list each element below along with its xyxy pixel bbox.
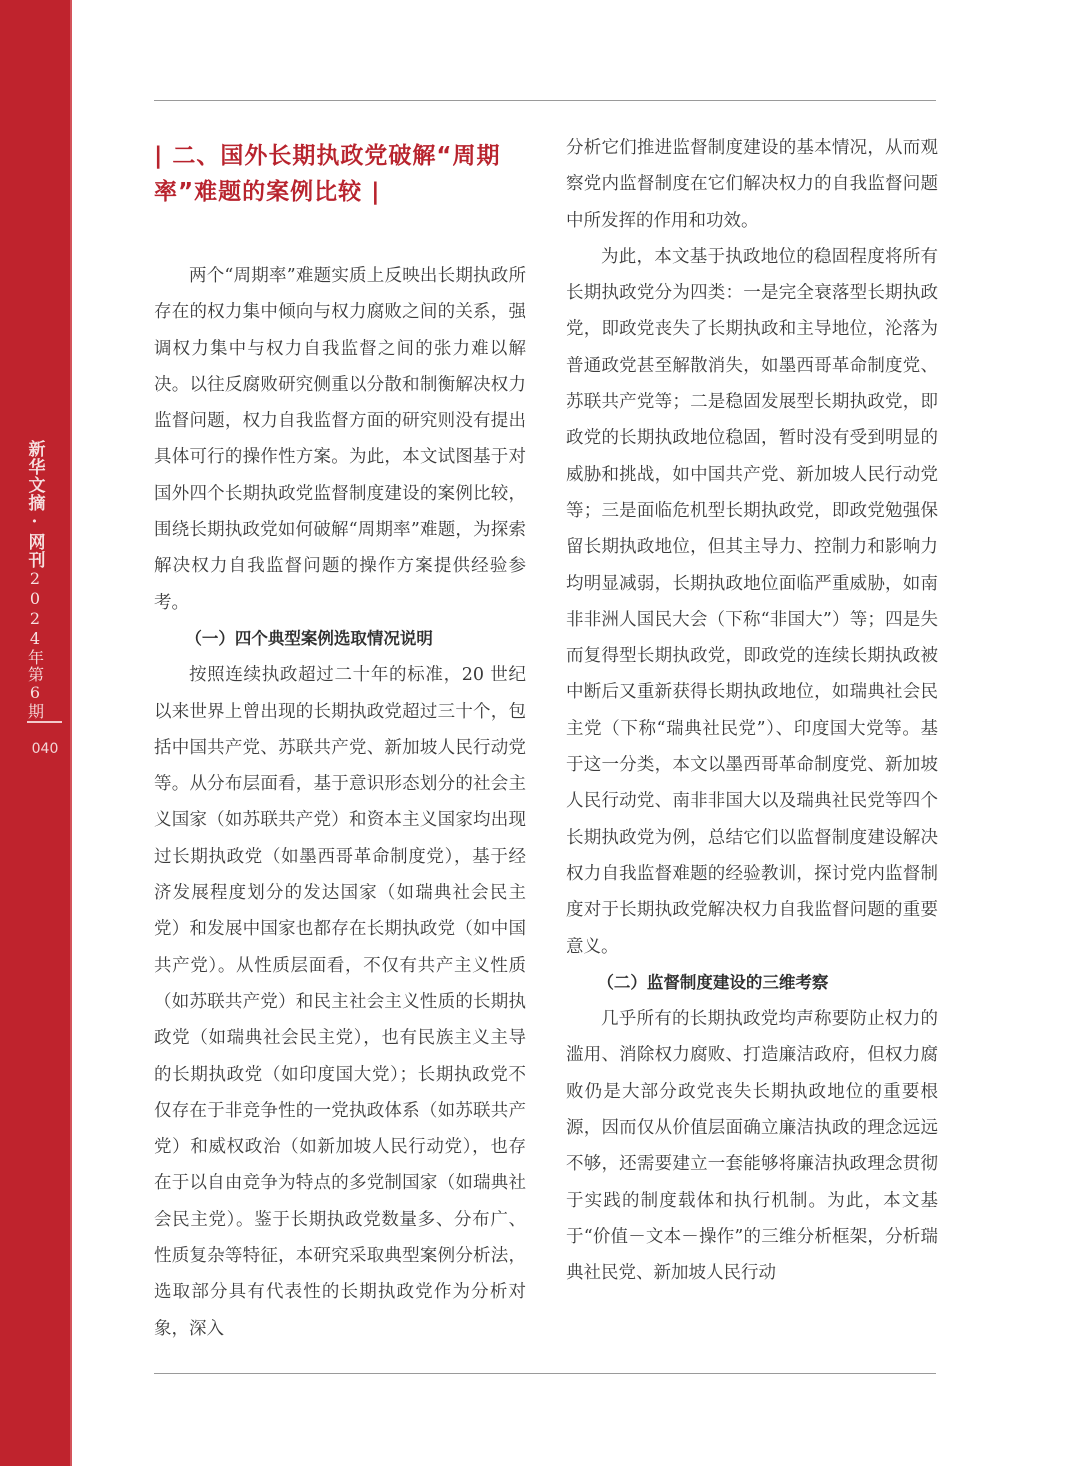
section-title: | 二、国外长期执政党破解“周期率”难题的案例比较 | [154, 138, 526, 210]
page-number: 040 [0, 741, 90, 757]
journal-title: 新华文摘·网刊 [23, 440, 48, 569]
right-column: 分析它们推进监督制度建设的基本情况，从而观察党内监督制度在它们解决权力的自我监督… [566, 130, 938, 1292]
bottom-rule [154, 1373, 936, 1374]
paragraph-continued: 分析它们推进监督制度建设的基本情况，从而观察党内监督制度在它们解决权力的自我监督… [566, 130, 938, 239]
journal-issue: 2024年第6期 [24, 569, 47, 720]
paragraph: 两个“周期率”难题实质上反映出长期执政所存在的权力集中倾向与权力腐败之间的关系，… [154, 258, 526, 621]
paragraph: 按照连续执政超过二十年的标准，20 世纪以来世界上曾出现的长期执政党超过三十个，… [154, 657, 526, 1347]
sidebar-divider [27, 721, 62, 723]
sidebar-band: 新华文摘·网刊2024年第6期 040 [0, 0, 72, 1466]
journal-name: 新华文摘·网刊2024年第6期 [0, 440, 70, 720]
subheading: （一）四个典型案例选取情况说明 [154, 621, 526, 657]
subheading: （二）监督制度建设的三维考察 [566, 965, 938, 1001]
paragraph: 为此，本文基于执政地位的稳固程度将所有长期执政党分为四类：一是完全衰落型长期执政… [566, 239, 938, 965]
paragraph: 几乎所有的长期执政党均声称要防止权力的滥用、消除权力腐败、打造廉洁政府，但权力腐… [566, 1001, 938, 1291]
left-column: | 二、国外长期执政党破解“周期率”难题的案例比较 | 两个“周期率”难题实质上… [154, 130, 526, 1347]
top-rule [154, 100, 936, 101]
